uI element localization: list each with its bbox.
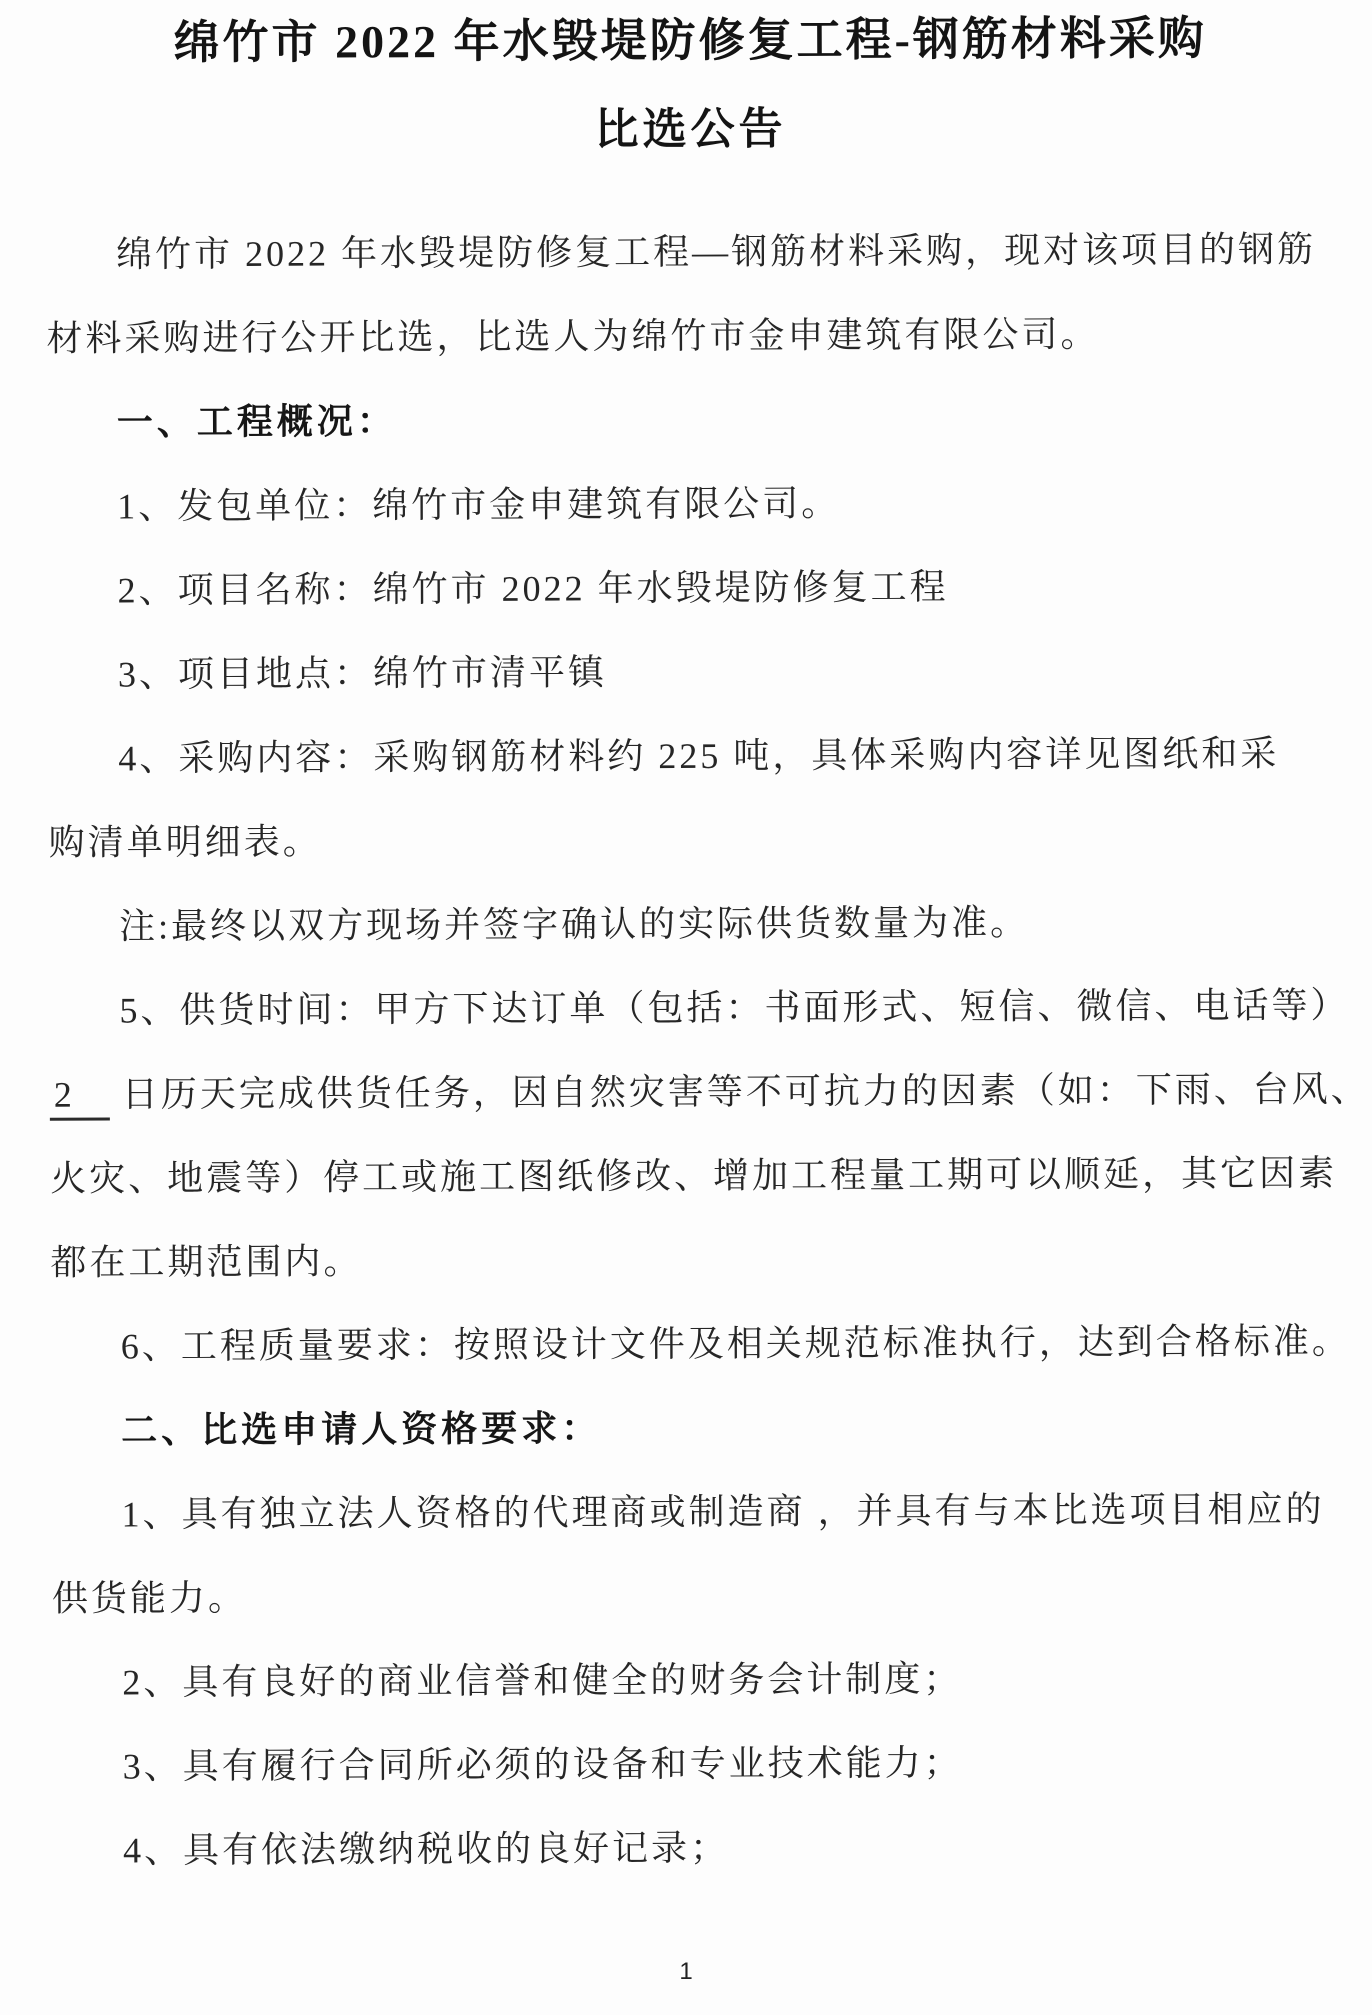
section2-item1-line2: 供货能力。 [52,1551,1342,1641]
page-number: 1 [0,1958,1372,1986]
section1-item5-line1: 5、供货时间：甲方下达订单（包括：书面形式、短信、微信、电话等） [49,963,1339,1053]
section2-item3: 3、具有履行合同所必须的设备和专业技术能力； [53,1719,1343,1809]
doc-title-line1: 绵竹市 2022 年水毁堤防修复工程-钢筋材料采购 [45,0,1335,75]
section2-item2: 2、具有良好的商业信誉和健全的财务会计制度； [52,1635,1342,1725]
intro-line-2: 材料采购进行公开比选，比选人为绵竹市金申建筑有限公司。 [46,291,1336,381]
section1-item1: 1、发包单位：绵竹市金申建筑有限公司。 [47,459,1337,549]
section2-item1-line1: 1、具有独立法人资格的代理商或制造商 ，并具有与本比选项目相应的 [51,1467,1341,1557]
section1-item6: 6、工程质量要求：按照设计文件及相关规范标准执行，达到合格标准。 [51,1299,1341,1389]
section2-item4: 4、具有依法缴纳税收的良好记录； [53,1803,1343,1893]
doc-title-line2: 比选公告 [45,97,1335,163]
section1-item2: 2、项目名称：绵竹市 2022 年水毁堤防修复工程 [47,543,1337,633]
section1-item4-line2: 购清单明细表。 [48,795,1338,885]
section2-heading: 二、比选申请人资格要求： [51,1383,1341,1473]
document-content: 绵竹市 2022 年水毁堤防修复工程-钢筋材料采购 比选公告 绵竹市 2022 … [45,0,1343,1893]
section1-heading: 一、工程概况： [47,375,1337,465]
document-body: 绵竹市 2022 年水毁堤防修复工程—钢筋材料采购，现对该项目的钢筋 材料采购进… [46,207,1343,1893]
section1-item4-line1: 4、采购内容：采购钢筋材料约 225 吨，具体采购内容详见图纸和采 [48,711,1338,801]
section1-item5-line2: 2日历天完成供货任务，因自然灾害等不可抗力的因素（如：下雨、台风、 [50,1047,1340,1137]
document-page: 绵竹市 2022 年水毁堤防修复工程-钢筋材料采购 比选公告 绵竹市 2022 … [0,0,1372,2015]
section1-item5-line4: 都在工期范围内。 [50,1215,1340,1305]
intro-line-1: 绵竹市 2022 年水毁堤防修复工程—钢筋材料采购，现对该项目的钢筋 [46,207,1336,297]
section1-item3: 3、项目地点：绵竹市清平镇 [48,627,1338,717]
section1-item5-line2-text: 日历天完成供货任务，因自然灾害等不可抗力的因素（如：下雨、台风、 [122,1069,1370,1114]
section1-item5-line3: 火灾、地震等）停工或施工图纸修改、增加工程量工期可以顺延，其它因素 [50,1131,1340,1221]
supply-days-blank-value: 2 [50,1074,110,1121]
section1-note: 注:最终以双方现场并签字确认的实际供货数量为准。 [49,879,1339,969]
